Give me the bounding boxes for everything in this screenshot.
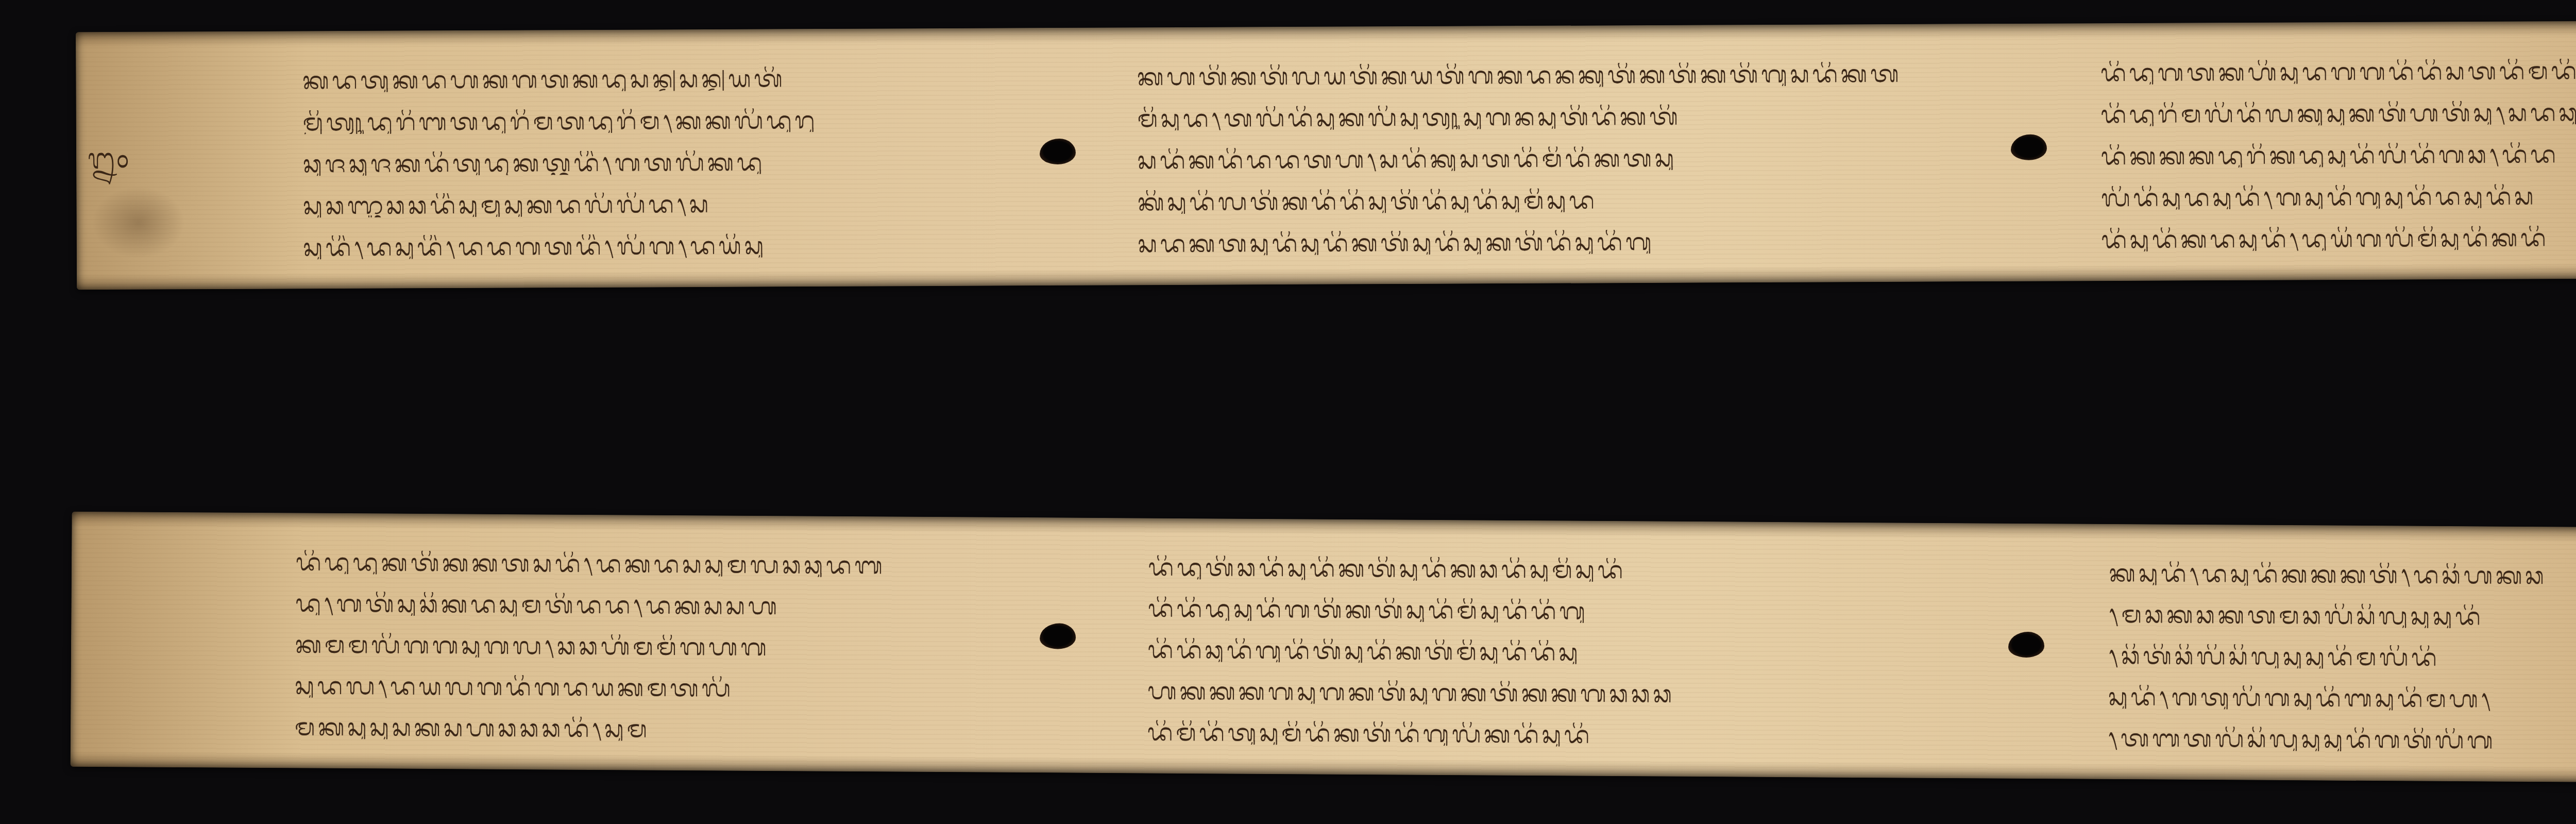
script-line: ᬲᬸᬘᬜ᭄ᬘᬘᬘᬤᬶᬂᬲᬸᬫᬸᬲᬸᬓᬤᬮᬶᬮᬶᬤ᭞ᬲ	[303, 190, 1071, 217]
palm-leaf-folio-bottom: ᬤᬶᬤᬸᬤᬸᬓᬢᬶᬓᬓᬢᬲᬤᬶ᭞ᬤᬓᬤᬲᬲᬸᬫᬮᬘᬘᬸᬤᬩ ᬤᬸ᭞ᬕᬢᬶᬲᬸᬘᬶ…	[71, 512, 2576, 784]
text-column-right: ᬤᬶᬤᬸᬕᬢᬓᬳᬶᬲᬸᬤᬕᬕᬤᬶᬤᬶᬲᬢᬤᬶᬫᬤᬶᬕᬲᬸ ᬤᬶᬤᬸᬭᬶᬫᬮᬶᬤᬶ…	[2100, 21, 2576, 281]
script-line: ᬤᬸ᭞ᬕᬢᬶᬲᬸᬘᬶᬓᬤᬲᬸᬫᬢᬶᬤᬤ᭞ᬤᬓᬲᬲᬳ	[295, 591, 1068, 619]
text-column-middle: ᬓᬳᬢᬶᬓᬢᬶᬮᬬᬢᬶᬓᬬᬢᬶᬕᬓᬤᬦᬓᬸᬢᬶᬓᬢᬶᬓᬢᬶᬕᬸᬲᬤᬶᬓᬢ ᬫᬶᬲ…	[1137, 24, 2035, 285]
script-line: ᬓᬶᬲᬸᬤᬶᬮᬢᬶᬓᬤᬶᬤᬶᬲᬸᬢᬶᬤᬶᬲᬸᬤᬶᬲᬸᬫᬶᬲᬸᬤ	[1138, 186, 2034, 214]
script-line: ᭞ᬘᬶᬢᬶᬘᬶᬮᬶᬲᬶᬮᬸᬲᬸᬲᬸᬤᬶᬫᬮᬶᬤᬶ	[2109, 644, 2576, 671]
script-line: ᬘᬸᬚᬘᬸᬚᬓᬤᬶᬢᬸᬤᬹᬓᬢ᭄ᬢᬤᬶᬂ᭞ᬕᬢᬮᬶᬓᬤᬸ	[303, 148, 1071, 176]
folio-number: ᭒᭐	[88, 138, 131, 190]
script-line: ᬓᬫᬫᬮᬶᬕᬕᬲᬸᬕᬮ᭞ᬘᬘᬳᬶᬫᬫᬶᬕᬳᬕ	[295, 632, 1068, 661]
script-line: ᬤᬶᬲᬸᬤᬶᬓᬤᬲᬸᬤᬶ᭞ᬤᬸᬬᬶᬕᬮᬶᬫᬶᬲᬸᬤᬶᬓᬤᬶ	[2102, 225, 2576, 251]
script-line: ᬤᬶᬓᬓᬓᬤᬸᬭᬶᬓᬤᬸᬲᬸᬤᬶᬮᬶᬤᬶᬕᬘ᭞ᬤᬶᬤ	[2101, 141, 2576, 168]
script-line: ᬤᬶᬤᬸᬢᬶᬘᬤᬶᬲᬸᬤᬶᬓᬢᬶᬲᬸᬤᬶᬓᬘᬤᬶᬲᬸᬫᬶᬲᬸᬤᬶ	[1148, 556, 2055, 585]
script-line: ᬫ᭄ᬭᬶᬢ᭄ᬬᬸᬤᬸᬭᬶᬩᬢᬤᬸᬭᬶᬫᬢᬤᬸᬭᬶᬫ᭞ᬓᬓᬮᬶᬤᬸᬭᬸ	[303, 107, 1071, 134]
leaf-stain	[92, 186, 185, 259]
script-line: ᬲᬸᬤᬶ᭞ᬕᬢᬸᬮᬶᬕᬲᬸᬤᬶᬩᬲᬸᬤᬶᬫᬳ᭞	[2108, 685, 2576, 713]
text-column-right: ᬓᬲᬸᬤᬶ᭞ᬤᬲᬸᬤᬶᬓᬓᬓᬢᬶ᭞ᬤᬘᬶᬳᬓᬘ ᭞ᬫᬘᬓᬘᬓᬢᬫᬘᬮᬶᬲᬶᬮᬸᬲ…	[2108, 524, 2576, 783]
script-line: ᬤᬶᬤᬸᬕᬢᬓᬳᬶᬲᬸᬤᬕᬕᬤᬶᬤᬶᬲᬢᬤᬶᬫᬤᬶᬕᬲᬸ	[2100, 58, 2576, 85]
text-column-left: ᬓᬤᬢᬸᬓᬤᬳᬓᬕᬢᬓᬤᬸᬲᬦ᭄ᬤ᭄ᬭᬲᬦ᭄ᬤ᭄ᬭᬬᬢᬶ ᬫ᭄ᬭᬶᬢ᭄ᬬᬸᬤᬸᬭ…	[302, 28, 1071, 289]
script-line: ᬤᬶᬤᬸᬤᬸᬓᬢᬶᬓᬓᬢᬲᬤᬶ᭞ᬤᬓᬤᬲᬲᬸᬫᬮᬘᬘᬸᬤᬩ	[296, 550, 1069, 578]
script-line: ᭞ᬢᬩᬢᬮᬶᬲᬶᬮᬸᬲᬸᬲᬸᬤᬶᬕᬢᬶᬮᬶᬕ	[2108, 726, 2576, 754]
script-line: ᬲᬤᬓᬢᬲᬸᬤᬶᬲᬸᬤᬶᬓᬢᬶᬲᬸᬤᬶᬲᬸᬓᬢᬶᬤᬶᬲᬸᬤᬶᬕᬸ	[1138, 228, 2035, 256]
script-line: ᬫᬶᬲᬸᬤ᭞ᬢᬮᬶᬤᬶᬲᬸᬓᬮᬶᬲᬸᬢ᭄ᬬᬸᬲᬸᬕᬦᬲᬸᬢᬶᬤᬶᬓᬢᬶ	[1138, 103, 2034, 130]
script-line: ᭞ᬫᬘᬓᬘᬓᬢᬫᬘᬮᬶᬲᬶᬮᬸᬲᬸᬲᬸᬤᬶ	[2109, 602, 2576, 630]
script-line: ᬤᬶᬤᬶᬤᬸᬲᬸᬤᬶᬕᬢᬶᬓᬢᬶᬲᬸᬤᬶᬫᬶᬲᬸᬤᬶᬤᬶᬕᬸ	[1148, 597, 2055, 626]
script-line: ᬮᬶᬤᬶᬲᬸᬤᬲᬸᬤᬶ᭞ᬕᬲᬸᬤᬶᬕᬸᬲᬸᬤᬶᬤᬲᬸᬤᬶᬲ	[2101, 183, 2576, 210]
script-line: ᬤᬶᬤᬸᬭᬶᬫᬮᬶᬤᬶᬮᬓᬸᬲᬸᬓᬢᬶᬳᬢᬶᬲᬸ᭞ᬲᬤᬘᬸ	[2101, 99, 2576, 126]
script-line: ᬓᬤᬢᬸᬓᬤᬳᬓᬕᬢᬓᬤᬸᬲᬦ᭄ᬤ᭄ᬭᬲᬦ᭄ᬤ᭄ᬭᬬᬢᬶ	[302, 65, 1070, 92]
script-line: ᬓᬲᬸᬤᬶ᭞ᬤᬲᬸᬤᬶᬓᬓᬓᬢᬶ᭞ᬤᬘᬶᬳᬓᬘ	[2109, 561, 2576, 589]
script-line: ᬓᬳᬢᬶᬓᬢᬶᬮᬬᬢᬶᬓᬬᬢᬶᬕᬓᬤᬦᬓᬸᬢᬶᬓᬢᬶᬓᬢᬶᬕᬸᬲᬤᬶᬓᬢ	[1137, 61, 2033, 89]
text-column-middle: ᬤᬶᬤᬸᬢᬶᬘᬤᬶᬲᬸᬤᬶᬓᬢᬶᬲᬸᬤᬶᬓᬘᬤᬶᬲᬸᬫᬶᬲᬸᬤᬶ ᬤᬶᬤᬶᬤᬸᬲ…	[1147, 518, 2056, 779]
text-column-left: ᬤᬶᬤᬸᬤᬸᬓᬢᬶᬓᬓᬢᬲᬤᬶ᭞ᬤᬓᬤᬲᬲᬸᬫᬮᬘᬘᬸᬤᬩ ᬤᬸ᭞ᬕᬢᬶᬲᬸᬘᬶ…	[295, 513, 1069, 772]
script-line: ᬲᬸᬤᬶᬂ᭞ᬤᬲᬸᬤᬶᬂ᭞ᬤᬤᬕᬢᬤᬶᬂ᭞ᬮᬶᬕ᭞ᬤᬬᬶᬲᬸ	[303, 232, 1071, 259]
script-line: ᬫᬓᬲᬸᬲᬸᬲᬓᬲᬳᬘᬘᬘᬤᬶ᭞ᬲᬸᬫ	[295, 715, 1067, 743]
script-line: ᬳᬓᬓᬓᬕᬲᬸᬕᬓᬢᬶᬲᬸᬕᬓᬢᬶᬓᬓᬕᬘᬘᬘ	[1147, 679, 2054, 709]
script-line: ᬲᬸᬤᬮ᭞ᬤᬬᬮᬕᬤᬶᬕᬤᬬᬓᬫᬢᬮᬶ	[295, 674, 1067, 702]
script-line: ᬤᬶᬫᬶᬤᬶᬢᬸᬲᬸᬫᬶᬤᬶᬓᬢᬶᬤᬶᬕᬸᬮᬶᬓᬤᬶᬲᬸᬤᬶ	[1147, 720, 2054, 750]
script-line: ᬤᬶᬤᬶᬘᬸᬤᬶᬕᬸᬤᬶᬢᬶᬲᬸᬤᬶᬓᬢᬶᬫᬶᬲᬸᬤᬶᬤᬶᬲᬸ	[1148, 638, 2055, 667]
palm-leaf-folio-top: ᭒᭐ ᬓᬤᬢᬸᬓᬤᬳᬓᬕᬢᬓᬤᬸᬲᬦ᭄ᬤ᭄ᬭᬲᬦ᭄ᬤ᭄ᬭᬬᬢᬶ ᬫ᭄ᬭᬶᬢ᭄ᬬᬸ…	[76, 20, 2576, 290]
script-line: ᬲᬤᬶᬓᬤᬶᬤᬤᬢᬳ᭞ᬲᬤᬶᬓᬸᬲᬢᬤᬶᬫᬶᬤᬶᬓᬢᬲᬸ	[1138, 144, 2034, 172]
